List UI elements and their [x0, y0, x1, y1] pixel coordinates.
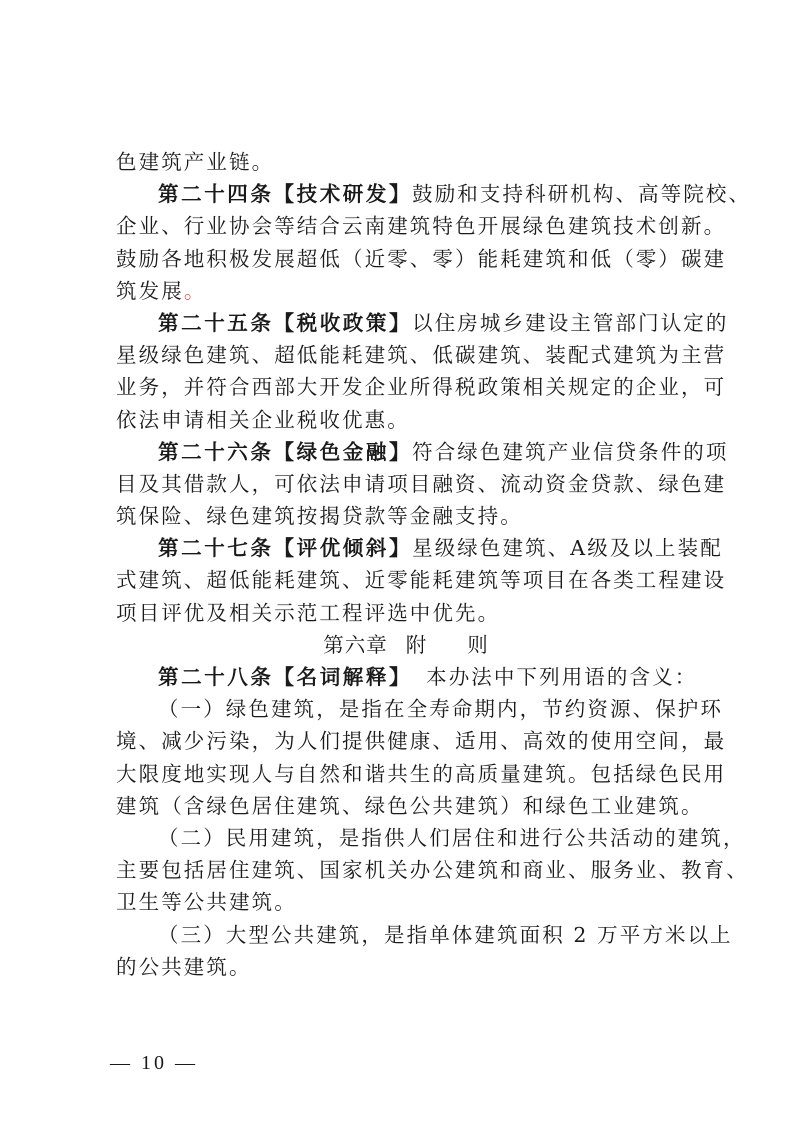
text-line: 境、减少污染，为人们提供健康、适用、高效的使用空间，最 — [116, 725, 696, 757]
document-body: 色建筑产业链。 第二十四条【技术研发】鼓励和支持科研机构、高等院校、 企业、行业… — [116, 146, 696, 983]
text-line: 本办法中下列用语的含义： — [426, 665, 697, 689]
text-line: 建筑（含绿色居住建筑、绿色公共建筑）和绿色工业建筑。 — [116, 790, 696, 822]
article-heading: 第二十四条【技术研发】 — [158, 182, 412, 206]
text-line: 色建筑产业链。 — [116, 146, 696, 178]
text-line: 主要包括居住建筑、国家机关办公建筑和商业、服务业、教育、 — [116, 854, 696, 886]
definition-3: （三）大型公共建筑，是指单体建筑面积 2 万平方米以上 — [116, 919, 696, 951]
text-line: 筑发展。 — [116, 275, 696, 307]
text-line: 鼓励和支持科研机构、高等院校、 — [412, 182, 751, 206]
text-line: 业务，并符合西部大开发企业所得税政策相关规定的企业，可 — [116, 371, 696, 403]
text-line: 筑保险、绿色建筑按揭贷款等金融支持。 — [116, 500, 696, 532]
article-28: 第二十八条【名词解释】本办法中下列用语的含义： — [116, 661, 696, 693]
article-27: 第二十七条【评优倾斜】星级绿色建筑、A级及以上装配 — [116, 532, 696, 564]
chapter-number: 第六章 — [323, 633, 388, 657]
chapter-title-part: 附 — [406, 633, 428, 657]
definition-1: （一）绿色建筑，是指在全寿命期内，节约资源、保护环 — [116, 693, 696, 725]
red-period-mark: 。 — [184, 279, 207, 303]
text-line: 项目评优及相关示范工程评选中优先。 — [116, 597, 696, 629]
article-26: 第二十六条【绿色金融】符合绿色建筑产业信贷条件的项 — [116, 436, 696, 468]
page-number: — 10 — — [110, 1052, 198, 1075]
text-line: 以住房城乡建设主管部门认定的 — [412, 311, 728, 335]
article-25: 第二十五条【税收政策】以住房城乡建设主管部门认定的 — [116, 307, 696, 339]
text-line: 卫生等公共建筑。 — [116, 886, 696, 918]
text-line: 星级绿色建筑、超低能耗建筑、低碳建筑、装配式建筑为主营 — [116, 339, 696, 371]
text-line: 的公共建筑。 — [116, 951, 696, 983]
article-heading: 第二十六条【绿色金融】 — [158, 440, 412, 464]
definition-2: （二）民用建筑，是指供人们居住和进行公共活动的建筑， — [116, 822, 696, 854]
article-heading: 第二十八条【名词解释】 — [158, 665, 412, 689]
text-line: 依法申请相关企业税收优惠。 — [116, 404, 696, 436]
chapter-heading: 第六章附则 — [116, 629, 696, 661]
article-24: 第二十四条【技术研发】鼓励和支持科研机构、高等院校、 — [116, 178, 696, 210]
text-fragment: 筑发展 — [116, 279, 184, 303]
text-line: 符合绿色建筑产业信贷条件的项 — [412, 440, 728, 464]
text-line: 目及其借款人，可依法申请项目融资、流动资金贷款、绿色建 — [116, 468, 696, 500]
text-line: 星级绿色建筑、A级及以上装配 — [412, 536, 723, 560]
chapter-title-part: 则 — [467, 633, 489, 657]
text-line: 鼓励各地积极发展超低（近零、零）能耗建筑和低（零）碳建 — [116, 243, 696, 275]
article-heading: 第二十七条【评优倾斜】 — [158, 536, 412, 560]
text-line: 企业、行业协会等结合云南建筑特色开展绿色建筑技术创新。 — [116, 210, 696, 242]
text-line: 大限度地实现人与自然和谐共生的高质量建筑。包括绿色民用 — [116, 758, 696, 790]
text-line: 式建筑、超低能耗建筑、近零能耗建筑等项目在各类工程建设 — [116, 564, 696, 596]
article-heading: 第二十五条【税收政策】 — [158, 311, 412, 335]
